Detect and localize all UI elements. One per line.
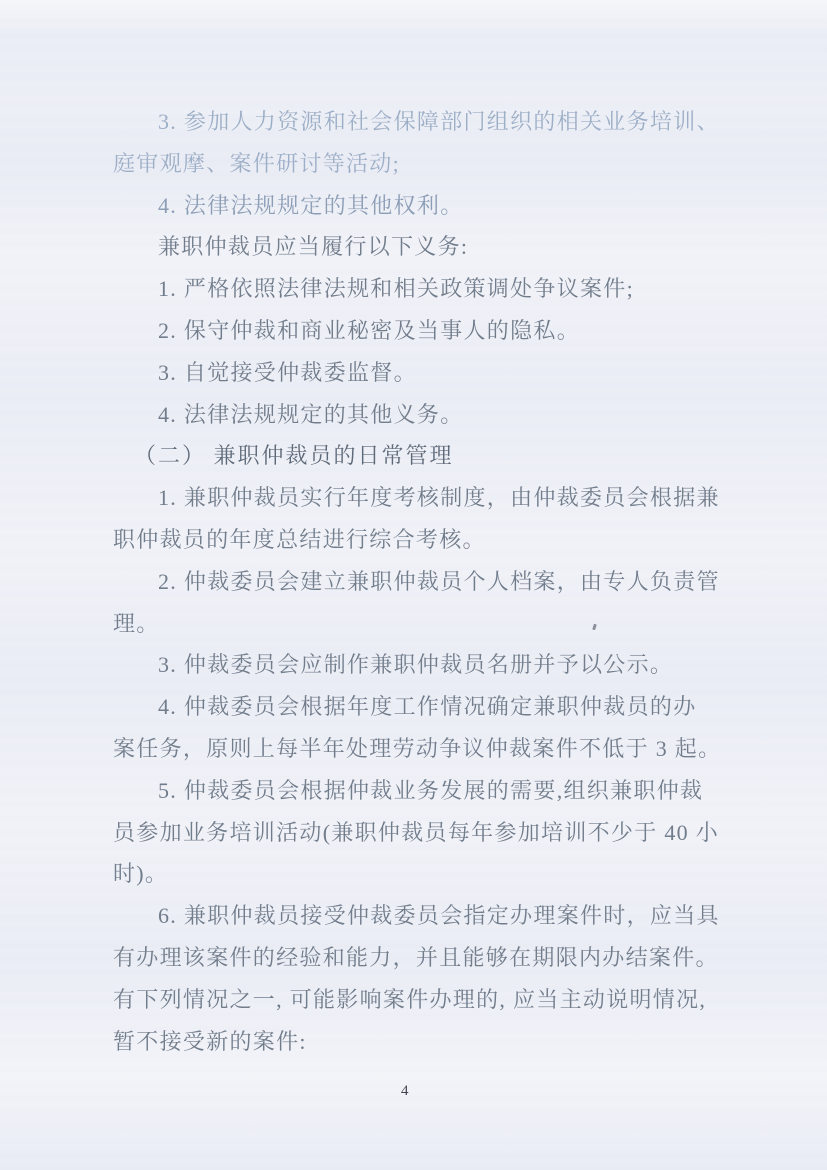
- text-line: 4. 法律法规规定的其他权利。: [113, 185, 727, 227]
- text-line: 庭审观摩、案件研讨等活动;: [113, 143, 727, 185]
- text-line: 3. 自觉接受仲裁委监督。: [113, 352, 727, 394]
- text-line: 2. 仲裁委员会建立兼职仲裁员个人档案，由专人负责管: [113, 561, 727, 603]
- page-number: 4: [0, 1083, 810, 1100]
- text-line: 5. 仲裁委员会根据仲裁业务发展的需要,组织兼职仲裁: [113, 770, 727, 812]
- text-line: 1. 严格依照法律法规和相关政策调处争议案件;: [113, 268, 727, 310]
- text-line: 职仲裁员的年度总结进行综合考核。: [113, 519, 727, 561]
- text-line: 时)。: [113, 853, 727, 895]
- text-line: 案任务，原则上每半年处理劳动争议仲裁案件不低于 3 起。: [113, 728, 727, 770]
- text-line: 有下列情况之一, 可能影响案件办理的, 应当主动说明情况,: [113, 979, 727, 1021]
- text-line: 理。: [113, 603, 727, 645]
- section-heading: （二） 兼职仲裁员的日常管理: [113, 435, 727, 477]
- text-line: 4. 法律法规规定的其他义务。: [113, 394, 727, 436]
- text-line: 6. 兼职仲裁员接受仲裁委员会指定办理案件时，应当具: [113, 895, 727, 937]
- text-line: 4. 仲裁委员会根据年度工作情况确定兼职仲裁员的办: [113, 686, 727, 728]
- text-line: 员参加业务培训活动(兼职仲裁员每年参加培训不少于 40 小: [113, 812, 727, 854]
- text-line: 3. 参加人力资源和社会保障部门组织的相关业务培训、: [113, 101, 727, 143]
- text-line: 2. 保守仲裁和商业秘密及当事人的隐私。: [113, 310, 727, 352]
- document-body: 3. 参加人力资源和社会保障部门组织的相关业务培训、 庭审观摩、案件研讨等活动;…: [113, 101, 727, 1062]
- text-line: 1. 兼职仲裁员实行年度考核制度，由仲裁委员会根据兼: [113, 477, 727, 519]
- text-line: 暂不接受新的案件:: [113, 1021, 727, 1063]
- text-line: 兼职仲裁员应当履行以下义务:: [113, 226, 727, 268]
- text-line: 3. 仲裁委员会应制作兼职仲裁员名册并予以公示。: [113, 644, 727, 686]
- text-line: 有办理该案件的经验和能力，并且能够在期限内办结案件。: [113, 937, 727, 979]
